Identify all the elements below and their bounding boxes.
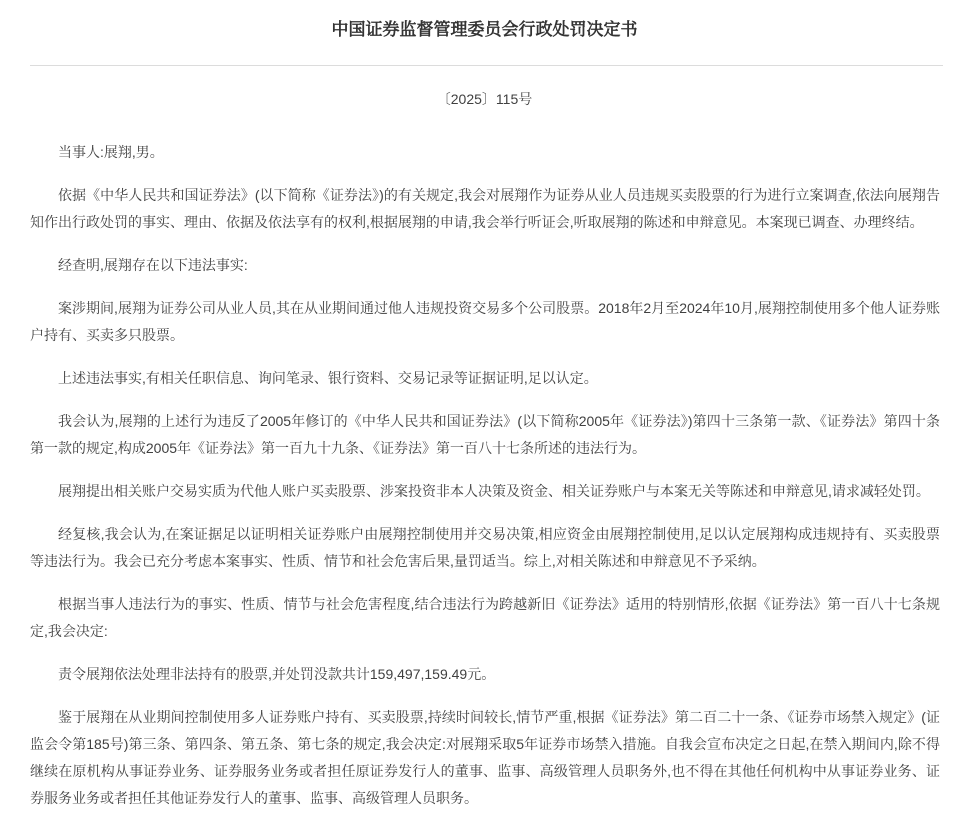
document-number: 〔2025〕115号 <box>0 86 969 113</box>
paragraph-legal-basis: 我会认为,展翔的上述行为违反了2005年修订的《中华人民共和国证券法》(以下简称… <box>30 408 940 462</box>
title-divider <box>30 65 943 66</box>
penalty-decision-document: 中国证券监督管理委员会行政处罚决定书 〔2025〕115号 当事人:展翔,男。 … <box>0 0 969 812</box>
paragraph-party: 当事人:展翔,男。 <box>30 139 940 166</box>
paragraph-intro: 依据《中华人民共和国证券法》(以下简称《证券法》)的有关规定,我会对展翔作为证券… <box>30 182 940 236</box>
paragraph-evidence: 上述违法事实,有相关任职信息、询问笔录、银行资料、交易记录等证据证明,足以认定。 <box>30 365 940 392</box>
paragraph-review: 经复核,我会认为,在案证据足以证明相关证券账户由展翔控制使用并交易决策,相应资金… <box>30 521 940 575</box>
document-body: 当事人:展翔,男。 依据《中华人民共和国证券法》(以下简称《证券法》)的有关规定… <box>30 139 940 812</box>
paragraph-facts: 案涉期间,展翔为证券公司从业人员,其在从业期间通过他人违规投资交易多个公司股票。… <box>30 295 940 349</box>
paragraph-decision-basis: 根据当事人违法行为的事实、性质、情节与社会危害程度,结合违法行为跨越新旧《证券法… <box>30 591 940 645</box>
paragraph-defense: 展翔提出相关账户交易实质为代他人账户买卖股票、涉案投资非本人决策及资金、相关证券… <box>30 478 940 505</box>
document-title: 中国证券监督管理委员会行政处罚决定书 <box>0 0 969 43</box>
paragraph-facts-heading: 经查明,展翔存在以下违法事实: <box>30 252 940 279</box>
paragraph-penalty: 责令展翔依法处理非法持有的股票,并处罚没款共计159,497,159.49元。 <box>30 661 940 688</box>
paragraph-market-ban: 鉴于展翔在从业期间控制使用多人证券账户持有、买卖股票,持续时间较长,情节严重,根… <box>30 704 940 812</box>
